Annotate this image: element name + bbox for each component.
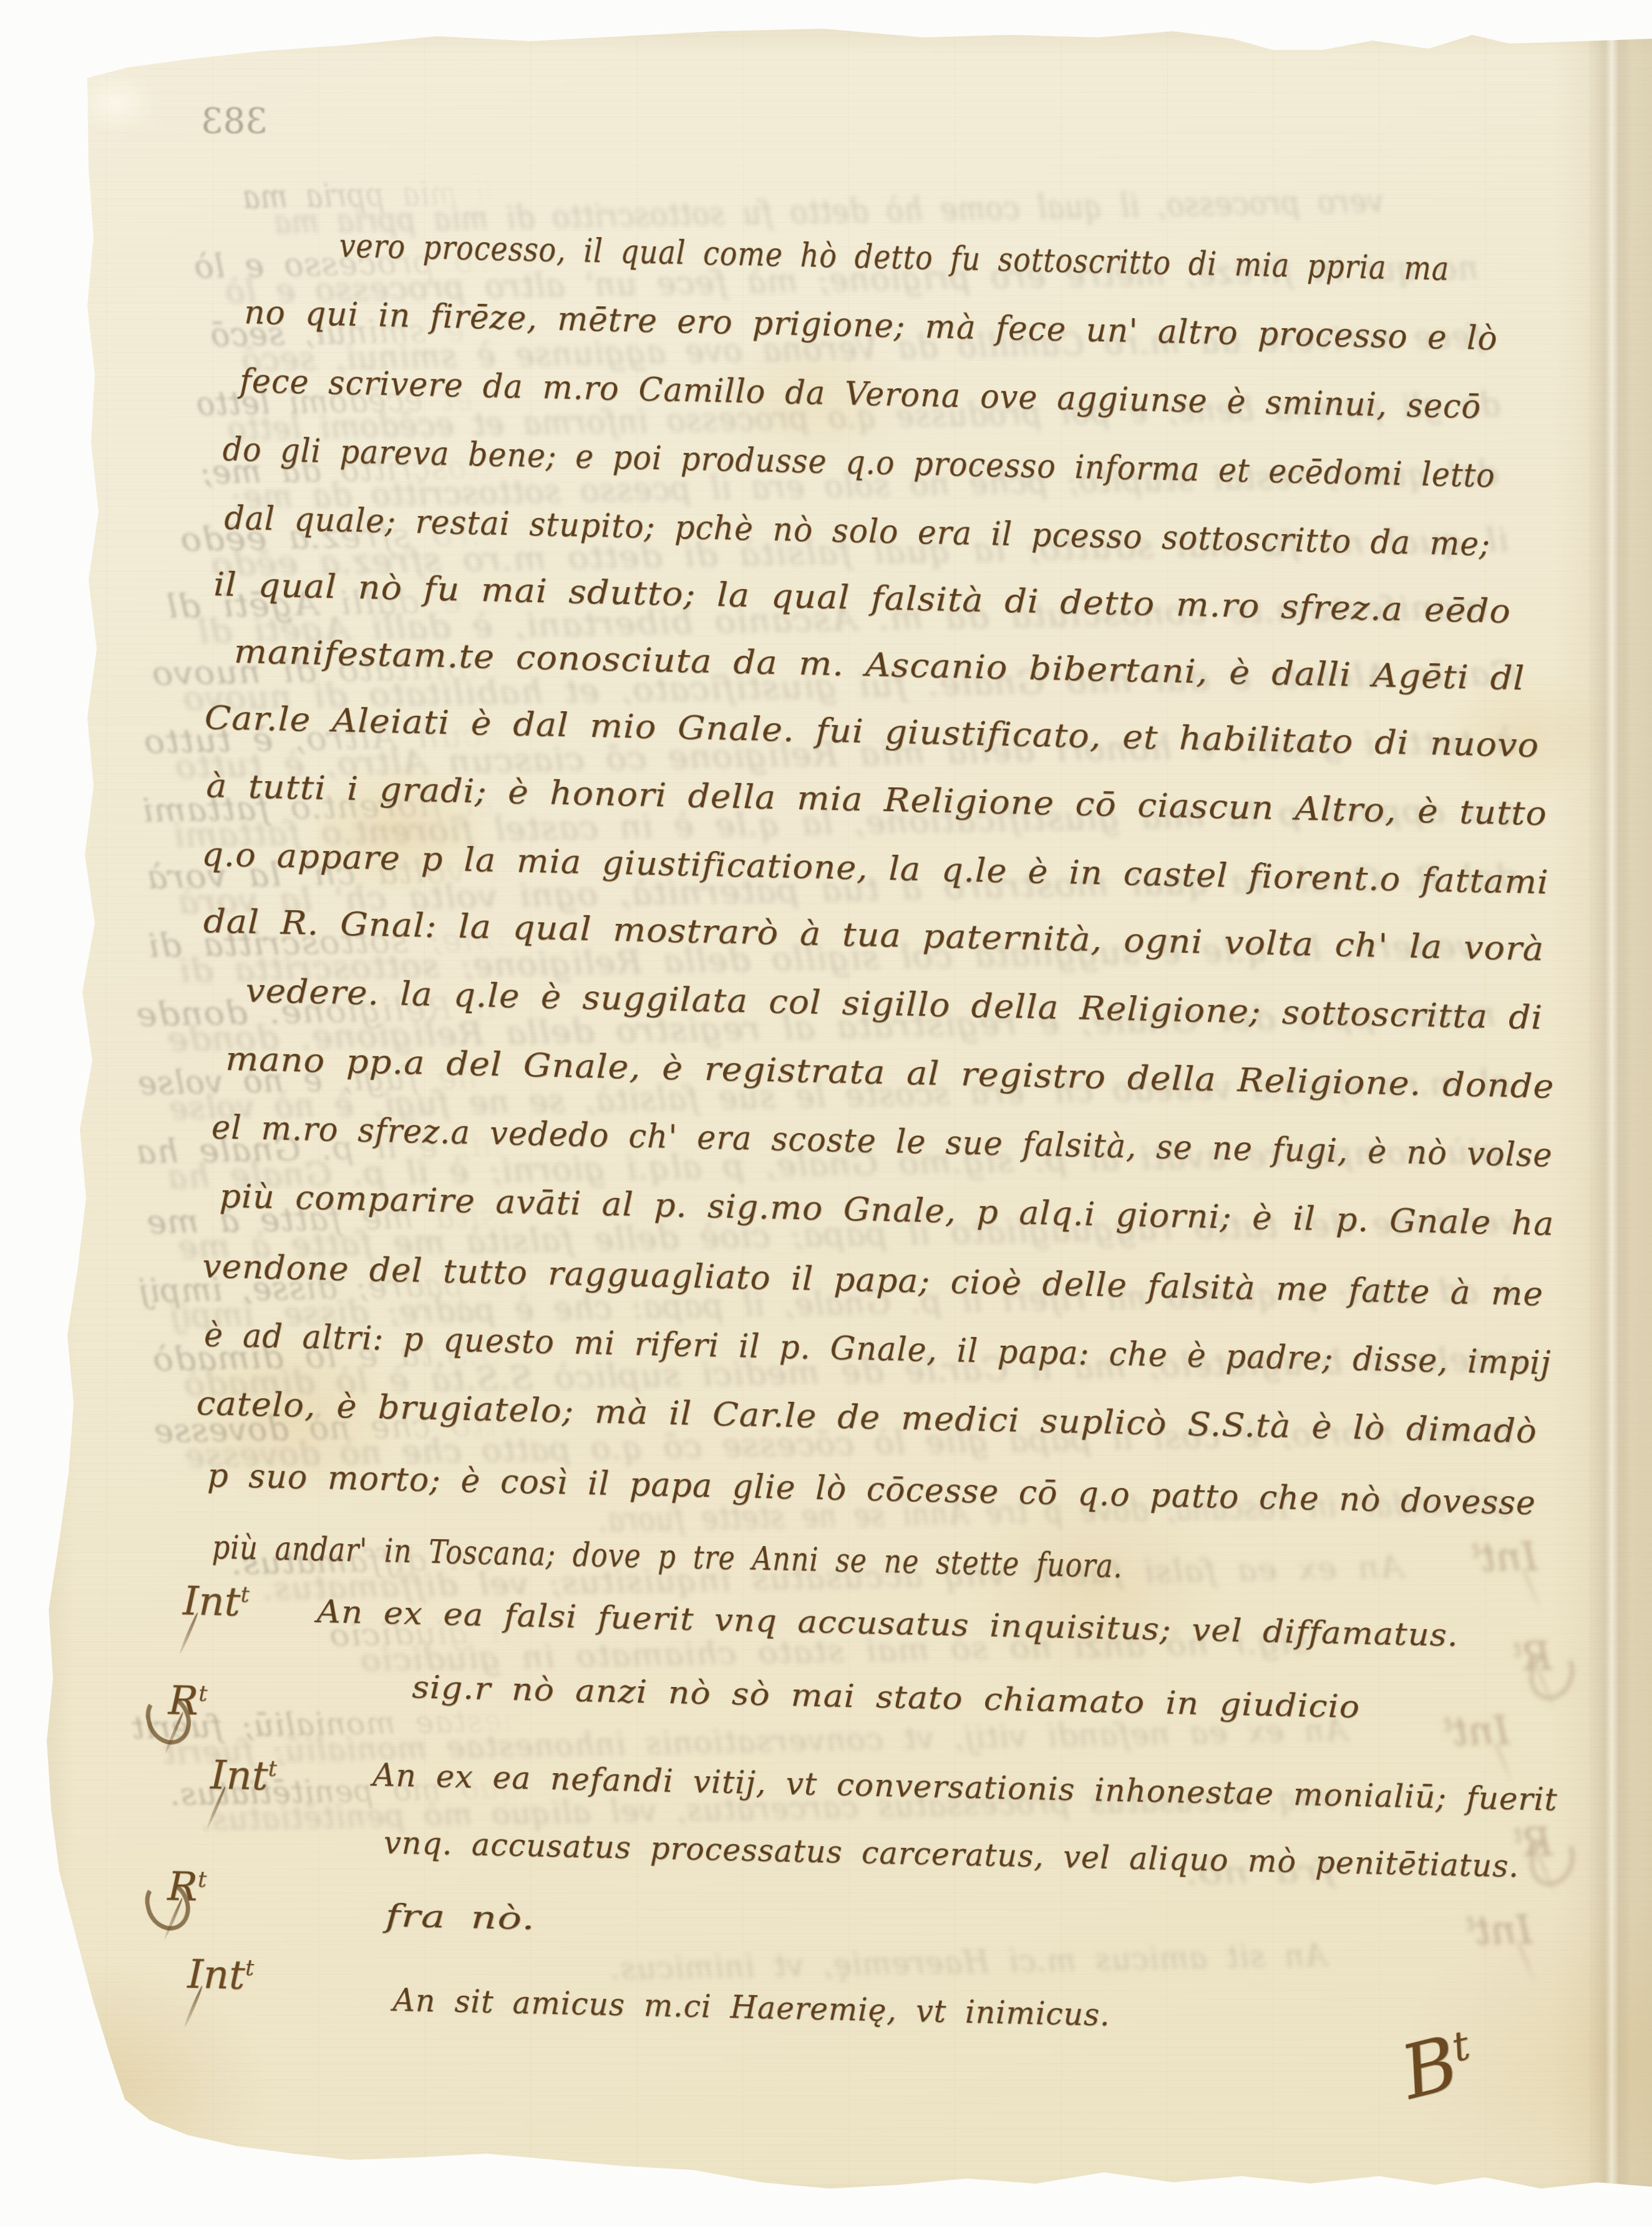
- text-line: p suo morto; è così il papa glie lò cōce…: [207, 1457, 1537, 1522]
- text-line: q.o appare p la mia giustificatione, la …: [202, 836, 1549, 902]
- text-line: più andar' in Toscana; dove p tre Anni s…: [211, 1529, 1123, 1585]
- manuscript-page: 383 vero processo, il qual come hò detto…: [0, 0, 1652, 2226]
- question-line: An ex ea falsi fuerit vnq accusatus inqu…: [316, 1593, 1459, 1653]
- margin-label-respondit: Rt: [167, 1864, 207, 1910]
- scanned-manuscript: 383 vero processo, il qual come hò detto…: [0, 0, 1652, 2226]
- handwritten-text-block: vero processo, il qual come hò detto fu …: [173, 206, 1615, 2075]
- question-line: An sit amicus m.ci Haeremię, vt inimicus…: [392, 1982, 1110, 2033]
- answer-line: sig.r nò anzi nò sò mai stato chiamato i…: [412, 1669, 1361, 1725]
- text-line: manifestam.te conosciuta da m. Ascanio b…: [233, 633, 1525, 697]
- margin-label-respondit: Rt: [168, 1678, 208, 1724]
- margin-abbr: R: [167, 1864, 198, 1910]
- margin-abbr: Int: [187, 1951, 246, 1999]
- text-line: dal quale; restai stupito; pchè nò solo …: [224, 500, 1491, 564]
- text-line: è ad altri: p questo mi riferi il p. Gna…: [203, 1316, 1551, 1382]
- text-line: à tutti i gradi; è honori della mia Reli…: [206, 767, 1547, 833]
- question-line: An ex ea nefandi vitij, vt conversationi…: [372, 1757, 1558, 1818]
- margin-abbr: R: [168, 1678, 199, 1724]
- margin-label-interrogatus: Intt: [182, 1578, 250, 1626]
- folio-number-bleedthrough: 383: [201, 101, 268, 142]
- text-line: catelo, è brugiatelo; mà il Car.le de me…: [196, 1385, 1537, 1451]
- answer-line: fra nò.: [385, 1897, 536, 1937]
- text-line: vero processo, il qual come hò detto fu …: [242, 158, 1353, 216]
- text-line: il qual nò fu mai sdutto; la qual falsit…: [213, 566, 1512, 631]
- adjacent-leaf-edge: [1622, 25, 1652, 2190]
- text-line: vero processo, il qual come hò detto fu …: [339, 227, 1450, 288]
- text-line: più comparire avāti al p. sig.mo Gnale, …: [219, 1178, 1555, 1243]
- margin-label-interrogatus: Intt: [187, 1951, 255, 1999]
- margin-abbr-superscript: t: [245, 1955, 255, 1980]
- question-line: vnq. accusatus processatus carceratus, v…: [384, 1824, 1520, 1884]
- text-line: do gli pareva bene; e poi produsse q.o p…: [222, 430, 1495, 495]
- margin-abbr-superscript: t: [198, 1681, 208, 1706]
- margin-abbr: Int: [182, 1578, 241, 1626]
- text-line: no qui in firēze, mētre ero prigione; mà…: [244, 294, 1499, 357]
- text-line: fece scrivere da m.ro Camillo da Verona …: [239, 362, 1481, 426]
- text-line: el m.ro sfrez.a vededo ch' era scoste le…: [211, 1109, 1553, 1174]
- margin-label-interrogatus: Intt: [210, 1752, 278, 1800]
- margin-abbr-superscript: t: [268, 1756, 277, 1781]
- margin-abbr: Int: [210, 1752, 269, 1800]
- margin-abbr-superscript: t: [240, 1582, 250, 1607]
- text-line: dal R. Gnal: la qual mostrarò à tua pate…: [203, 903, 1544, 968]
- text-line: Car.le Aleiati è dal mio Gnale. fui gius…: [204, 699, 1540, 765]
- text-line: vendone del tutto ragguagliato il papa; …: [202, 1248, 1544, 1313]
- text-line: mano pp.a del Gnale, è registrata al reg…: [225, 1041, 1555, 1106]
- margin-abbr-superscript: t: [198, 1867, 207, 1892]
- text-line: vedere. la q.le è suggilata col sigillo …: [245, 972, 1543, 1037]
